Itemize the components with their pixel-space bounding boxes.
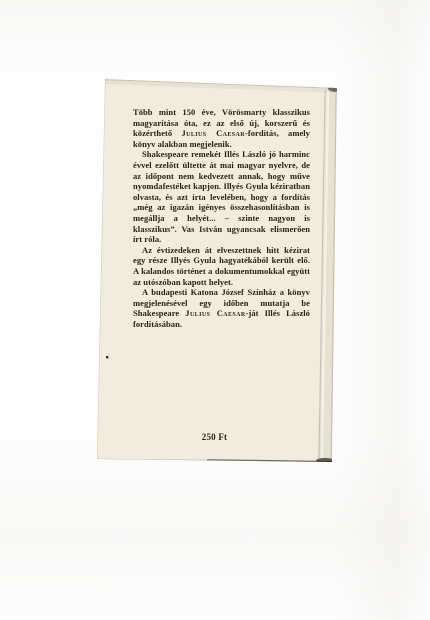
blurb-text: Több mint 150 éve, Vörösmarty klasszikus…	[133, 107, 310, 329]
price-label: 250 Ft	[97, 432, 332, 442]
title-smallcaps-text: Julius Caesar	[181, 128, 244, 138]
blurb-paragraph: Shakespeare remekét Illés László jó harm…	[133, 149, 310, 244]
blurb-paragraph: Több mint 150 éve, Vörösmarty klasszikus…	[133, 107, 310, 149]
blurb-segment: Shakespeare remekét Illés László jó harm…	[133, 149, 310, 244]
blurb-paragraph: Az évtizedeken át elveszettnek hitt kézi…	[133, 245, 310, 287]
title-smallcaps-text: Julius Caesar	[185, 308, 245, 318]
top-edge-shadow	[105, 80, 337, 93]
bottom-edge-dark	[207, 461, 332, 463]
bottom-corner-smudge	[316, 458, 334, 463]
blurb-segment: Az évtizedeken át elveszettnek hitt kézi…	[133, 245, 310, 287]
left-edge-line	[97, 79, 105, 459]
blurb-paragraph: A budapesti Katona József Színház a köny…	[133, 287, 310, 329]
photo-background: Több mint 150 éve, Vörösmarty klasszikus…	[0, 0, 430, 620]
book-back-cover: Több mint 150 éve, Vörösmarty klasszikus…	[97, 79, 337, 463]
ink-speck	[106, 356, 108, 358]
